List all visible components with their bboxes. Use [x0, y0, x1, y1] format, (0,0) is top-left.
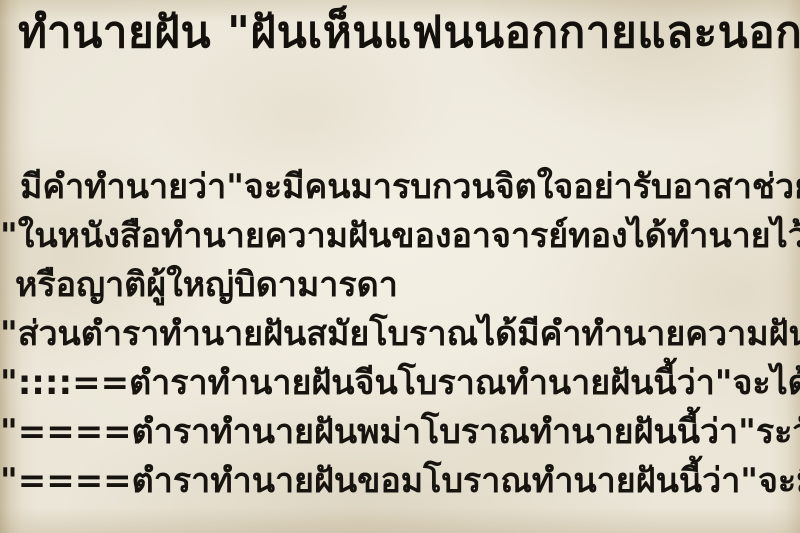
body-line-general-prediction: มีคำทำนายว่า"จะมีคนมารบกวนจิตใจอย่ารับอา… [0, 163, 800, 212]
body-line-burmese-treatise: "====ตำราทำนายฝันพม่าโบราณทำนายฝันนี้ว่า… [0, 408, 800, 457]
page-title: ทำนายฝัน "ฝันเห็นแฟนนอกกายและนอกใจ [18, 2, 800, 64]
body-line-ajarn-thong-book: "ในหนังสือทำนายความฝันของอาจารย์ทองได้ทำ… [0, 212, 800, 261]
paper-background: ทำนายฝัน "ฝันเห็นแฟนนอกกายและนอกใจ มีคำท… [0, 0, 800, 533]
body-line-relatives-parents: หรือญาติผู้ใหญ่บิดามารดา [0, 261, 800, 310]
body-line-khmer-treatise: "====ตำราทำนายฝันขอมโบราณทำนายฝันนี้ว่า"… [0, 457, 800, 506]
body-line-chinese-treatise: "::::==ตำราทำนายฝันจีนโบราณทำนายฝันนี้ว่… [0, 359, 800, 408]
body-line-ancient-treatise: "ส่วนตำราทำนายฝันสมัยโบราณได้มีคำทำนายคว… [0, 310, 800, 359]
dream-interpretation-text: มีคำทำนายว่า"จะมีคนมารบกวนจิตใจอย่ารับอา… [0, 163, 800, 506]
